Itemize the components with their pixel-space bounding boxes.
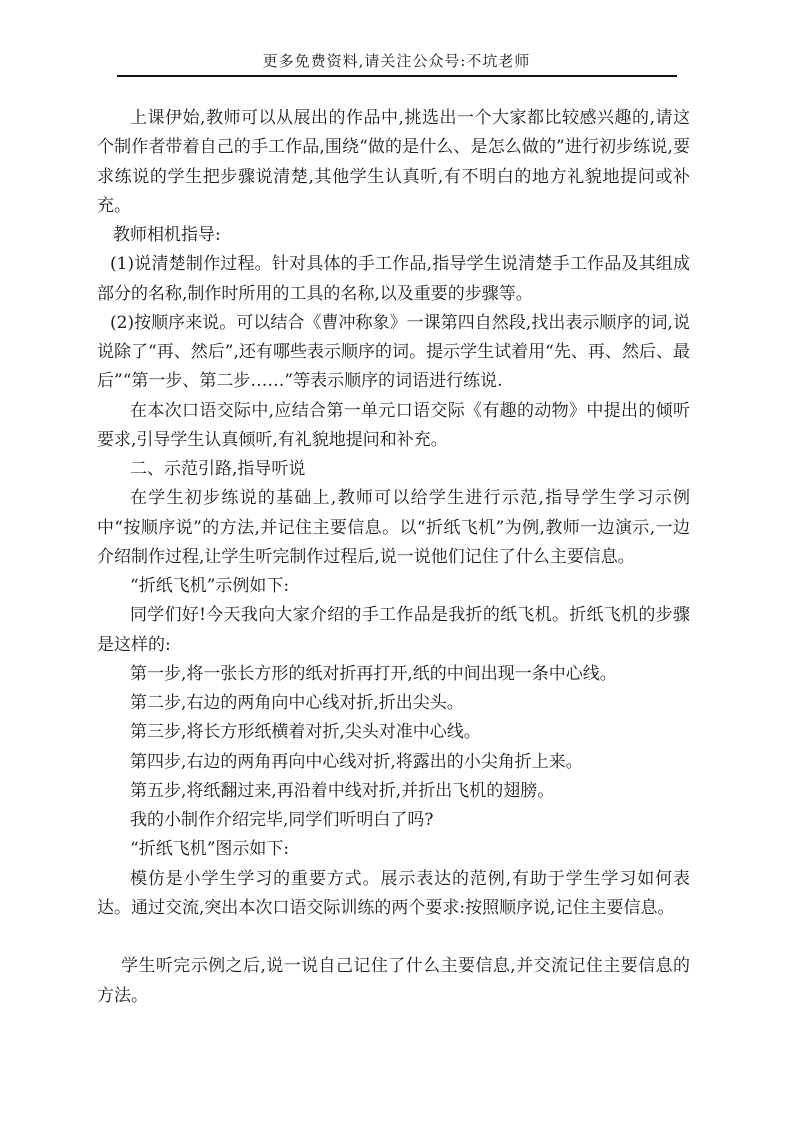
header-promo-text: 更多免费资料,请关注公众号:不坑老师 [0,50,793,72]
document-page: 更多免费资料,请关注公众号:不坑老师 上课伊始,教师可以从展出的作品中,挑选出一… [0,0,793,1122]
paragraph: 在学生初步练说的基础上,教师可以给学生进行示范,指导学生学习示例中“按顺序说”的… [97,484,690,572]
paragraph: 第五步,将纸翻过来,再沿着中线对折,并折出飞机的翅膀。 [97,777,690,806]
paragraph: 第三步,将长方形纸横着对折,尖头对准中心线。 [97,718,690,747]
paragraph: 学生听完示例之后,说一说自己记住了什么主要信息,并交流记住主要信息的方法。 [97,952,690,1011]
paragraph: “折纸飞机”示例如下: [97,572,690,601]
paragraph: 第二步,右边的两角向中心线对折,折出尖头。 [97,689,690,718]
page-header: 更多免费资料,请关注公众号:不坑老师 [0,0,793,77]
paragraph: (2)按顺序来说。可以结合《曹冲称象》一课第四自然段,找出表示顺序的词,说说除了… [97,309,690,397]
paragraph: 模仿是小学生学习的重要方式。展示表达的范例,有助于学生学习如何表达。通过交流,突… [97,865,690,924]
paragraph: 上课伊始,教师可以从展出的作品中,挑选出一个大家都比较感兴趣的,请这个制作者带着… [97,104,690,221]
paragraph: 二、示范引路,指导听说 [97,455,690,484]
paragraph: 第四步,右边的两角再向中心线对折,将露出的小尖角折上来。 [97,748,690,777]
paragraph: 同学们好!今天我向大家介绍的手工作品是我折的纸飞机。折纸飞机的步骤是这样的: [97,601,690,660]
paragraph: 在本次口语交际中,应结合第一单元口语交际《有趣的动物》中提出的倾听要求,引导学生… [97,397,690,456]
paragraph: “折纸飞机”图示如下: [97,835,690,864]
paragraph: 我的小制作介绍完毕,同学们听明白了吗? [97,806,690,835]
paragraph: 第一步,将一张长方形的纸对折再打开,纸的中间出现一条中心线。 [97,660,690,689]
paragraph: 教师相机指导: [97,221,690,250]
paragraph: (1)说清楚制作过程。针对具体的手工作品,指导学生说清楚手工作品及其组成部分的名… [97,250,690,309]
document-body: 上课伊始,教师可以从展出的作品中,挑选出一个大家都比较感兴趣的,请这个制作者带着… [0,77,793,1011]
